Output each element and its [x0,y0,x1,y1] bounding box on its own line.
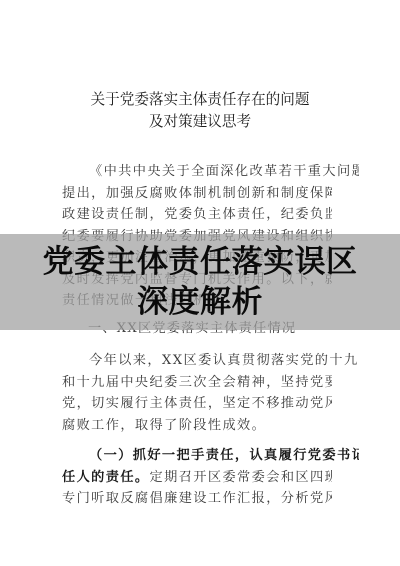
paragraph2-line-4: 腐败工作，取得了阶段性成效。 [62,415,332,437]
paragraph3-line-3: 专门听取反腐倡廉建设工作汇报，分析党风廉政建设工作 [62,488,332,510]
overlay-headline-line-1: 党委主体责任落实误区 [0,242,400,282]
paragraph3-line-2-rest: 定期召开区委常委会和区四班子联席会议， [150,470,332,485]
document-title-line-2: 及对策建议思考 [0,111,400,133]
intro-line-2: 提出，加强反腐败体制机制创新和制度保障。落实党风廉 [62,183,332,205]
paragraph2-line-3: 党，切实履行主体责任，坚定不移推动党风廉政建设和反 [62,393,332,415]
paragraph3-line-1: （一）抓好一把手责任，认真履行党委书记是第一责 [62,445,359,467]
paragraph2-line-2: 和十九届中央纪委三次全会精神，坚持党要管党，从严治 [62,372,332,394]
paragraph2-line-1: 今年以来，XX区委认真贯彻落实党的十九届三中全会 [62,350,359,372]
document-title: 关于党委落实主体责任存在的问题 及对策建议思考 [0,89,400,133]
intro-line-3: 政建设责任制，党委负主体责任，纪委负监督责任，各级 [62,204,332,226]
overlay-headline: 党委主体责任落实误区 深度解析 [0,242,400,322]
paragraph3-line-2: 任人的责任。定期召开区委常委会和区四班子联席会议， [62,467,332,489]
overlay-headline-line-2: 深度解析 [0,282,400,322]
paragraph3-bold-lead-end: 任人的责任。 [62,470,150,485]
document-title-line-1: 关于党委落实主体责任存在的问题 [0,89,400,111]
intro-line-1: 《中共中央关于全面深化改革若干重大问题的决定》 [62,161,359,183]
